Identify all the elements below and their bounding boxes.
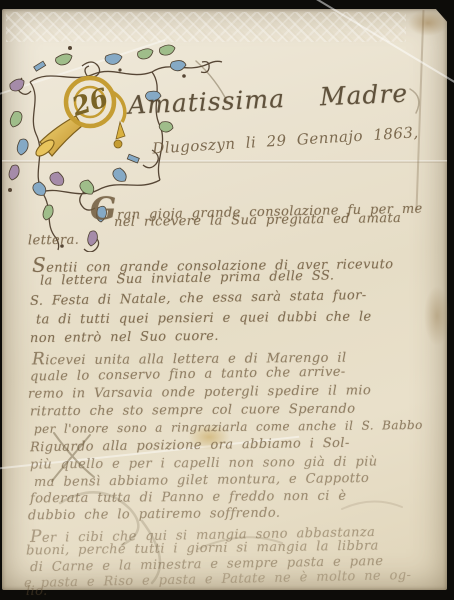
letter-photo: 26 Amatissima Madre Dlugoszyn li 29 Genn… — [0, 0, 454, 600]
letter-line: ta di tutti quei pensieri e quei dubbi c… — [36, 310, 372, 328]
letter-line: dubbio che lo patiremo soffrendo. — [28, 506, 281, 524]
embossed-border-band — [6, 12, 406, 42]
letter-line: foderata tutta di Panno e freddo non ci … — [30, 489, 347, 507]
letter-line: più quello e per i capelli non sono già … — [30, 454, 378, 472]
letter-line: ritratto che sto sempre col cuore Speran… — [30, 402, 356, 420]
letter-line: lettera. — [28, 233, 80, 249]
letter-line: lio. — [26, 584, 48, 599]
letter-line: non entrò nel Suo cuore. — [30, 329, 219, 346]
